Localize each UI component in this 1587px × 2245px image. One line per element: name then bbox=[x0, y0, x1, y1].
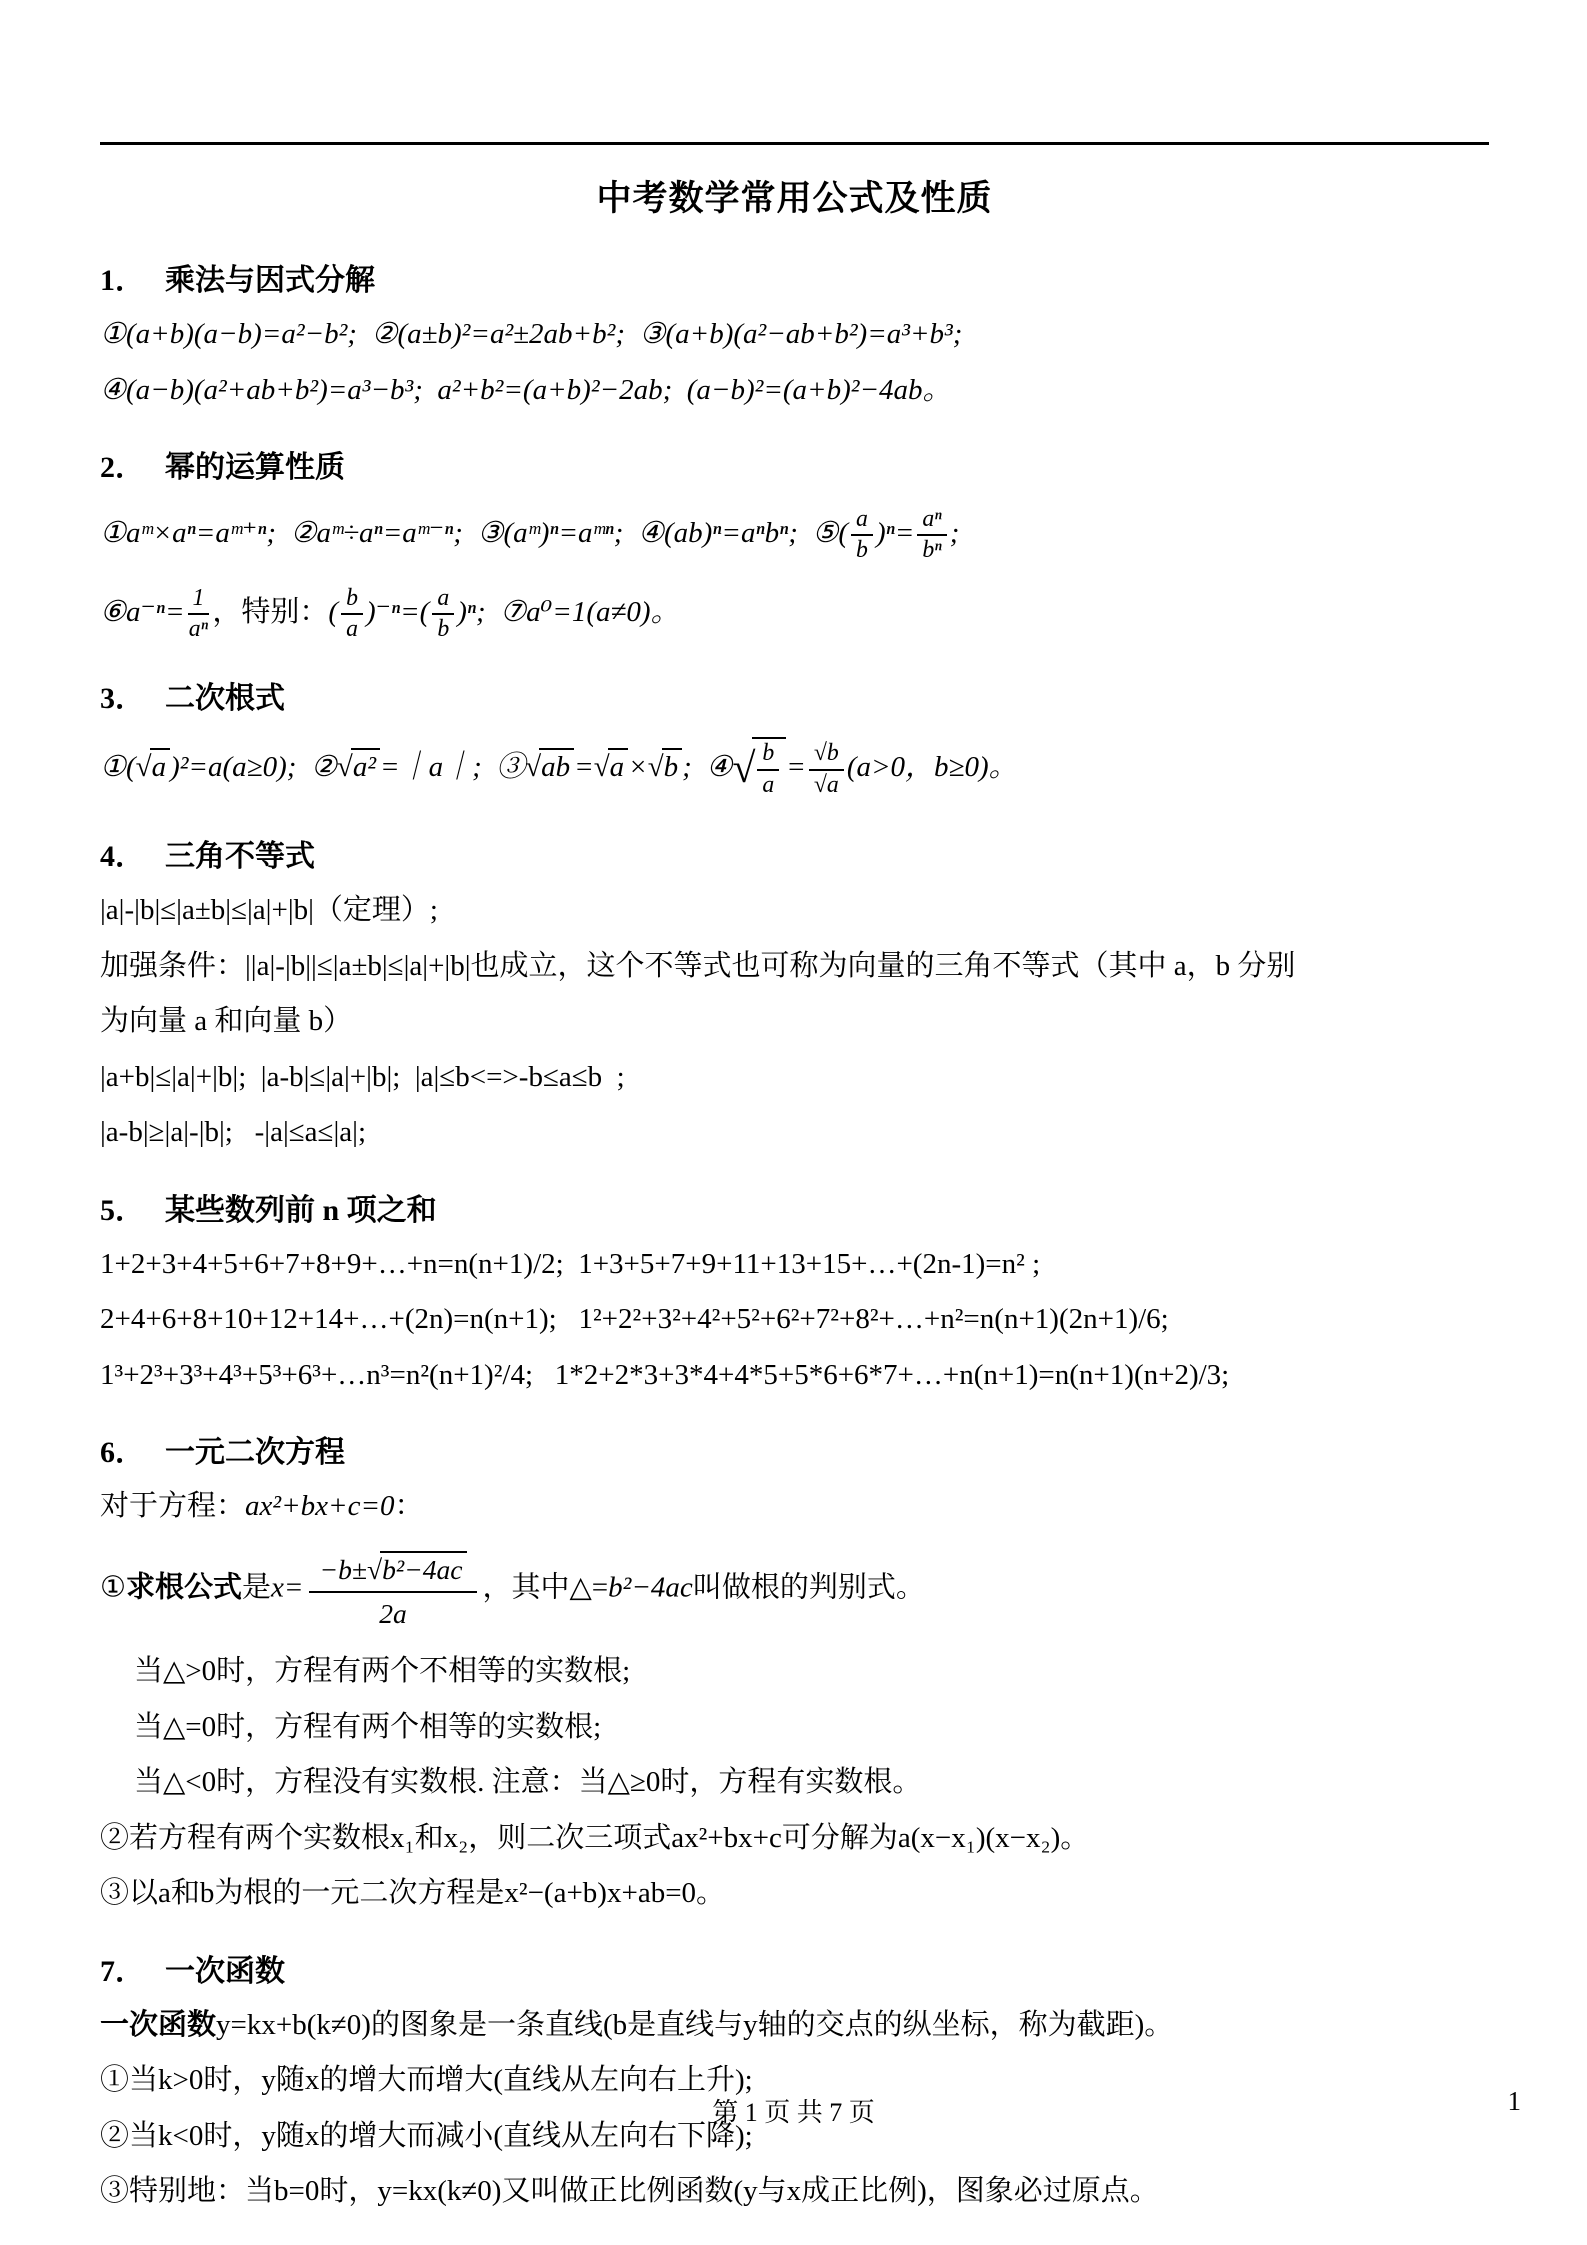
section-1-number: 1． bbox=[100, 264, 145, 297]
radicand: a² bbox=[351, 748, 380, 784]
section-4-number: 4． bbox=[100, 840, 145, 873]
denominator: b bbox=[432, 615, 454, 643]
section-6-heading: 6．一元二次方程 bbox=[100, 1427, 1489, 1471]
section-1-heading: 1．乘法与因式分解 bbox=[100, 255, 1489, 299]
quadratic-fraction: −b±√b²−4ac2a bbox=[309, 1549, 476, 1630]
denominator: a bbox=[757, 771, 779, 799]
inequality-line-4: |a+b|≤|a|+|b|; |a-b|≤|a|+|b|; |a|≤b<=>-b… bbox=[100, 1056, 1489, 1100]
discriminant-case-3: 当△<0时，方程没有实数根. 注意：当△≥0时，方程有实数根。 bbox=[100, 1761, 1489, 1805]
section-4-heading: 4．三角不等式 bbox=[100, 831, 1489, 875]
numerator: a bbox=[432, 585, 454, 615]
inequality-line-2: 加强条件：||a|-|b||≤|a±b|≤|a|+|b|也成立，这个不等式也可称… bbox=[100, 945, 1489, 989]
formula-text: (a>0，b≥0)。 bbox=[847, 751, 1018, 783]
discriminant-expression: b²−4ac bbox=[608, 1571, 693, 1603]
section-2-title: 幂的运算性质 bbox=[165, 451, 345, 484]
fraction-b-over-a: ba bbox=[341, 585, 363, 644]
header-rule bbox=[100, 142, 1489, 145]
denominator: 2a bbox=[309, 1593, 476, 1630]
series-line-1: 1+2+3+4+5+6+7+8+9+…+n=n(n+1)/2; 1+3+5+7+… bbox=[100, 1243, 1489, 1287]
item-text: ，其中△= bbox=[483, 1571, 609, 1603]
discriminant-case-1: 当△>0时，方程有两个不相等的实数根; bbox=[100, 1650, 1489, 1694]
radicand: ab bbox=[539, 748, 574, 784]
numerator: 1 bbox=[188, 585, 210, 615]
fraction-sqrtb-over-sqrta: √b√a bbox=[809, 740, 844, 799]
section-6-number: 6． bbox=[100, 1436, 145, 1469]
fraction-an-over-bn: aⁿbⁿ bbox=[917, 506, 946, 565]
radicand: a bbox=[608, 748, 629, 784]
fraction-a-over-b: ab bbox=[851, 506, 873, 565]
radicand: a bbox=[150, 748, 171, 784]
numerator: b bbox=[341, 585, 363, 615]
discriminant-case-2: 当△=0时，方程有两个相等的实数根; bbox=[100, 1706, 1489, 1750]
numerator: −b±√b²−4ac bbox=[309, 1549, 476, 1594]
formula-text: ①( bbox=[100, 751, 136, 783]
formula-text: )⁻ⁿ=( bbox=[366, 596, 429, 628]
intro-colon: ： bbox=[395, 1490, 424, 1522]
section-4-title: 三角不等式 bbox=[165, 840, 315, 873]
formula-text: ( bbox=[328, 596, 338, 628]
inequality-line-1: |a|-|b|≤|a±b|≤|a|+|b|（定理）; bbox=[100, 889, 1489, 933]
formula-text: ; bbox=[950, 517, 960, 549]
section-2-number: 2． bbox=[100, 451, 145, 484]
section-3-title: 二次根式 bbox=[165, 682, 285, 715]
formula-line-2-2: ⑥a⁻ⁿ=1aⁿ，特别：(ba)⁻ⁿ=(ab)ⁿ; ⑦a⁰=1(a≠0)。 bbox=[100, 585, 1489, 644]
item-text: 叫做根的判别式。 bbox=[693, 1571, 925, 1603]
linear-function-intro: 一次函数y=kx+b(k≠0)的图象是一条直线(b是直线与y轴的交点的纵坐标，称… bbox=[100, 2004, 1489, 2048]
denominator: √a bbox=[809, 771, 844, 799]
item-circle: ① bbox=[100, 1571, 126, 1603]
formula-text: × bbox=[628, 751, 648, 783]
inequality-line-5: |a-b|≥|a|-|b|; -|a|≤a≤|a|; bbox=[100, 1111, 1489, 1155]
series-line-2: 2+4+6+8+10+12+14+…+(2n)=n(n+1); 1²+2²+3²… bbox=[100, 1298, 1489, 1342]
formula-text: ①aᵐ×aⁿ=aᵐ⁺ⁿ; ②aᵐ÷aⁿ=aᵐ⁻ⁿ; ③(aᵐ)ⁿ=aᵐⁿ; ④(… bbox=[100, 517, 848, 549]
formula-text: )ⁿ; ⑦a⁰=1(a≠0)。 bbox=[457, 596, 679, 628]
intro-text: y=kx+b(k≠0)的图象是一条直线(b是直线与y轴的交点的纵坐标，称为截距)… bbox=[216, 2009, 1173, 2041]
numerator: aⁿ bbox=[917, 506, 946, 536]
equation: ax²+bx+c=0 bbox=[245, 1490, 395, 1522]
page-title: 中考数学常用公式及性质 bbox=[100, 171, 1489, 221]
formula-text: = bbox=[786, 751, 806, 783]
section-5-heading: 5．某些数列前 n 项之和 bbox=[100, 1185, 1489, 1229]
section-7-heading: 7．一次函数 bbox=[100, 1946, 1489, 1990]
radicand-fraction: ba bbox=[752, 737, 786, 799]
x-equals: x= bbox=[271, 1571, 303, 1603]
fraction-one-over-an: 1aⁿ bbox=[188, 585, 210, 644]
section-3-heading: 3．二次根式 bbox=[100, 673, 1489, 717]
discriminant-radicand: b²−4ac bbox=[380, 1551, 466, 1586]
linear-function-label: 一次函数 bbox=[100, 2009, 216, 2041]
footer-page-indicator: 第 1 页 共 7 页 bbox=[0, 2092, 1587, 2129]
formula-text: = bbox=[574, 751, 594, 783]
formula-text: )ⁿ= bbox=[876, 517, 914, 549]
factorization-item: ②若方程有两个实数根x₁和x₂，则二次三项式ax²+bx+c可分解为a(x−x₁… bbox=[100, 1817, 1489, 1861]
quadratic-formula-line: ①求根公式是x=−b±√b²−4ac2a，其中△=b²−4ac叫做根的判别式。 bbox=[100, 1549, 1489, 1630]
section-7-title: 一次函数 bbox=[165, 1955, 285, 1988]
footer-page-number: 1 bbox=[1508, 2086, 1522, 2117]
denominator: a bbox=[341, 615, 363, 643]
formula-text: ⑥a⁻ⁿ= bbox=[100, 596, 185, 628]
equation-intro: 对于方程：ax²+bx+c=0： bbox=[100, 1485, 1489, 1529]
intro-text: 对于方程： bbox=[100, 1490, 245, 1522]
section-3-number: 3． bbox=[100, 682, 145, 715]
section-5-number: 5． bbox=[100, 1194, 145, 1227]
numerator: a bbox=[851, 506, 873, 536]
document-page: 中考数学常用公式及性质 1．乘法与因式分解 ①(a+b)(a−b)=a²−b²;… bbox=[0, 0, 1587, 2245]
formula-line-3-1: ①(√a)²=a(a≥0); ②√a²=｜a｜; ③√ab=√a×√b; ④√b… bbox=[100, 737, 1489, 801]
fraction-b-over-a: ba bbox=[757, 740, 779, 799]
section-1-title: 乘法与因式分解 bbox=[165, 264, 375, 297]
numerator-prefix: −b± bbox=[319, 1554, 366, 1585]
formula-text: )²=a(a≥0); ② bbox=[170, 751, 337, 783]
denominator: b bbox=[851, 536, 873, 564]
section-6-title: 一元二次方程 bbox=[165, 1436, 345, 1469]
section-2-heading: 2．幂的运算性质 bbox=[100, 442, 1489, 486]
linear-function-item-3: ③特别地：当b=0时，y=kx(k≠0)又叫做正比例函数(y与x成正比例)，图象… bbox=[100, 2170, 1489, 2214]
formula-line-1-2: ④(a−b)(a²+ab+b²)=a³−b³; a²+b²=(a+b)²−2ab… bbox=[100, 369, 1489, 413]
page-footer: 第 1 页 共 7 页 1 bbox=[0, 2092, 1587, 2132]
section-7-number: 7． bbox=[100, 1955, 145, 1988]
denominator: bⁿ bbox=[917, 536, 946, 564]
item-text: 是 bbox=[242, 1571, 271, 1603]
formula-line-1-1: ①(a+b)(a−b)=a²−b²; ②(a±b)²=a²±2ab+b²; ③(… bbox=[100, 313, 1489, 357]
formula-text: =｜a｜; ③ bbox=[380, 751, 525, 783]
formula-text: ; ④ bbox=[682, 751, 732, 783]
numerator: b bbox=[757, 740, 779, 770]
formula-line-2-1: ①aᵐ×aⁿ=aᵐ⁺ⁿ; ②aᵐ÷aⁿ=aᵐ⁻ⁿ; ③(aᵐ)ⁿ=aᵐⁿ; ④(… bbox=[100, 506, 1489, 565]
root-formula-label: 求根公式 bbox=[126, 1571, 242, 1603]
inequality-line-3: 为向量 a 和向量 b） bbox=[100, 1000, 1489, 1044]
radicand: b bbox=[662, 748, 683, 784]
denominator: aⁿ bbox=[188, 615, 210, 643]
series-line-3: 1³+2³+3³+4³+5³+6³+…n³=n²(n+1)²/4; 1*2+2*… bbox=[100, 1354, 1489, 1398]
special-case-label: ，特别： bbox=[212, 596, 328, 628]
fraction-a-over-b: ab bbox=[432, 585, 454, 644]
section-5-title: 某些数列前 n 项之和 bbox=[165, 1194, 437, 1227]
roots-equation-item: ③以a和b为根的一元二次方程是x²−(a+b)x+ab=0。 bbox=[100, 1872, 1489, 1916]
numerator: √b bbox=[809, 740, 844, 770]
